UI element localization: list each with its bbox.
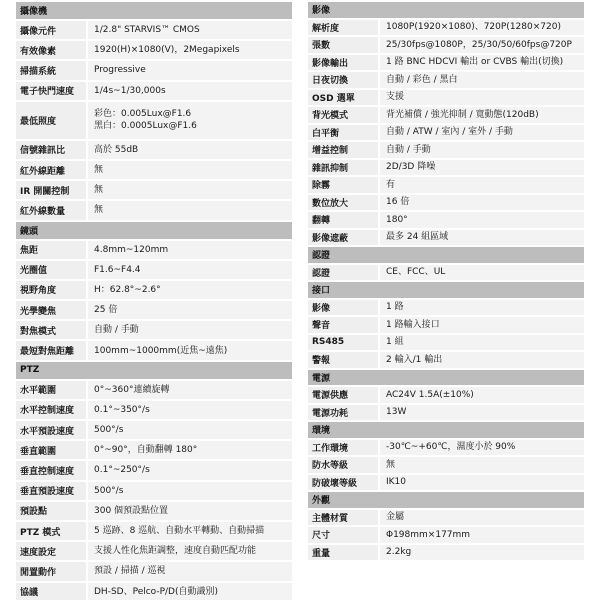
spec-value: 金屬 xyxy=(380,510,584,526)
spec-value-line: 有 xyxy=(386,179,584,191)
spec-value: 背光補償 / 強光抑制 / 寬動態(120dB) xyxy=(380,107,584,123)
spec-label: 水平控制速度 xyxy=(16,401,86,419)
spec-value-line: 1/2.8" STARVIS™ CMOS xyxy=(94,24,292,36)
spec-row: 防水等級無 xyxy=(308,457,584,473)
spec-value: AC24V 1.5A(±10%) xyxy=(380,387,584,403)
spec-value: H：62.8°~2.6° xyxy=(88,281,292,299)
spec-label: 協議 xyxy=(16,583,86,600)
spec-value-line: DH-SD、Pelco-P/D(自動識別) xyxy=(94,586,292,598)
spec-label: IR 開關控制 xyxy=(16,181,86,199)
spec-row: 除霧有 xyxy=(308,177,584,193)
spec-row: 電源供應AC24V 1.5A(±10%) xyxy=(308,387,584,403)
spec-row: 協議DH-SD、Pelco-P/D(自動識別) xyxy=(16,583,292,600)
section-header: 認證 xyxy=(308,247,584,263)
section-header: PTZ xyxy=(16,362,292,379)
spec-value-line: 0°~90°，自動翻轉 180° xyxy=(94,444,292,456)
spec-row: 掃描系統Progressive xyxy=(16,61,292,79)
spec-value: Progressive xyxy=(88,61,292,79)
spec-row: 預設點300 個預設點位置 xyxy=(16,502,292,520)
spec-label: 主體材質 xyxy=(308,510,378,526)
spec-label: 光學變焦 xyxy=(16,301,86,319)
spec-value-line: 無 xyxy=(386,459,584,471)
spec-value-line: -30℃~+60℃，濕度小於 90% xyxy=(386,441,584,453)
section-header: 電源 xyxy=(308,370,584,386)
spec-value-line: 自動 / 手動 xyxy=(94,324,292,336)
spec-value-line: 金屬 xyxy=(386,511,584,523)
spec-label: 除霧 xyxy=(308,177,378,193)
spec-label: 日夜切換 xyxy=(308,72,378,88)
spec-row: 影像輸出1 路 BNC HDCVI 輸出 or CVBS 輸出(切換) xyxy=(308,55,584,71)
spec-label: 解析度 xyxy=(308,20,378,36)
spec-value: 500°/s xyxy=(88,421,292,439)
spec-label: 紅外線距離 xyxy=(16,161,86,179)
section-header: 外觀 xyxy=(308,492,584,508)
spec-value: 無 xyxy=(380,457,584,473)
spec-row: 信號雜訊比高於 55dB xyxy=(16,141,292,159)
spec-row: 紅外線距離無 xyxy=(16,161,292,179)
spec-label: 水平預設速度 xyxy=(16,421,86,439)
spec-value-line: 2 輸入/1 輸出 xyxy=(386,354,584,366)
spec-value-line: 13W xyxy=(386,406,584,418)
spec-value: DH-SD、Pelco-P/D(自動識別) xyxy=(88,583,292,600)
spec-value-line: AC24V 1.5A(±10%) xyxy=(386,389,584,401)
spec-value: 自動 / 彩色 / 黑白 xyxy=(380,72,584,88)
spec-label: 有效像素 xyxy=(16,41,86,59)
spec-row: 水平範圍0°~360°連續旋轉 xyxy=(16,381,292,399)
spec-value-line: 0°~360°連續旋轉 xyxy=(94,384,292,396)
section-header: 鏡頭 xyxy=(16,222,292,239)
spec-table-right: 影像解析度1080P(1920×1080)、720P(1280×720)張數25… xyxy=(308,2,584,562)
spec-value: 自動 / 手動 xyxy=(88,321,292,339)
spec-value: 最多 24 組區域 xyxy=(380,230,584,246)
spec-label: 防破壞等級 xyxy=(308,475,378,491)
spec-value-line: 1/4s~1/30,000s xyxy=(94,85,292,97)
spec-row: 焦距4.8mm~120mm xyxy=(16,241,292,259)
spec-row: IR 開關控制無 xyxy=(16,181,292,199)
spec-value-line: 1080P(1920×1080)、720P(1280×720) xyxy=(386,21,584,33)
spec-value-line: 自動 / 手動 xyxy=(386,144,584,156)
spec-row: 防破壞等級IK10 xyxy=(308,475,584,491)
spec-value-line: F1.6~F4.4 xyxy=(94,264,292,276)
spec-row: 光圈值F1.6~F4.4 xyxy=(16,261,292,279)
spec-value-line: 無 xyxy=(94,184,292,196)
spec-row: 最低照度彩色：0.005Lux@F1.6黑白：0.0005Lux@F1.6 xyxy=(16,102,292,139)
spec-value-line: 黑白：0.0005Lux@F1.6 xyxy=(94,120,292,132)
spec-label: 最短對焦距離 xyxy=(16,341,86,359)
spec-value-line: CE、FCC、UL xyxy=(386,266,584,278)
spec-label: 防水等級 xyxy=(308,457,378,473)
spec-label: 光圈值 xyxy=(16,261,86,279)
spec-value-line: 4.8mm~120mm xyxy=(94,244,292,256)
section-header: 接口 xyxy=(308,282,584,298)
spec-label: 視野角度 xyxy=(16,281,86,299)
spec-row: 閒置動作預設 / 掃描 / 巡視 xyxy=(16,562,292,580)
spec-label: 電源功耗 xyxy=(308,405,378,421)
spec-label: PTZ 模式 xyxy=(16,522,86,540)
spec-value: 1080P(1920×1080)、720P(1280×720) xyxy=(380,20,584,36)
spec-label: 最低照度 xyxy=(16,102,86,139)
spec-row: 垂直控制速度0.1°~250°/s xyxy=(16,461,292,479)
spec-value-line: 2.2kg xyxy=(386,546,584,558)
spec-value: F1.6~F4.4 xyxy=(88,261,292,279)
spec-label: OSD 選單 xyxy=(308,90,378,106)
spec-label: 影像輸出 xyxy=(308,55,378,71)
spec-label: 數位放大 xyxy=(308,195,378,211)
spec-value-line: 彩色：0.005Lux@F1.6 xyxy=(94,108,292,120)
spec-value-line: 300 個預設點位置 xyxy=(94,505,292,517)
spec-label: 預設點 xyxy=(16,502,86,520)
spec-row: RS4851 組 xyxy=(308,335,584,351)
spec-value: 預設 / 掃描 / 巡視 xyxy=(88,562,292,580)
spec-value: 1 組 xyxy=(380,335,584,351)
spec-row: 聲音1 路輸入接口 xyxy=(308,317,584,333)
spec-value-line: 25/30fps@1080P，25/30/50/60fps@720P xyxy=(386,39,584,51)
spec-row: 影像遮蔽最多 24 組區域 xyxy=(308,230,584,246)
spec-value: 5 巡跡、8 巡航、自動水平轉動、自動掃描 xyxy=(88,522,292,540)
spec-row: 尺寸Φ198mm×177mm xyxy=(308,527,584,543)
spec-label: 速度設定 xyxy=(16,542,86,560)
spec-label: 閒置動作 xyxy=(16,562,86,580)
spec-label: 尺寸 xyxy=(308,527,378,543)
spec-value-line: 預設 / 掃描 / 巡視 xyxy=(94,565,292,577)
spec-value: 25 倍 xyxy=(88,301,292,319)
spec-row: 有效像素1920(H)×1080(V)，2Megapixels xyxy=(16,41,292,59)
spec-label: 聲音 xyxy=(308,317,378,333)
spec-label: 雜訊抑制 xyxy=(308,160,378,176)
spec-row: 水平預設速度500°/s xyxy=(16,421,292,439)
spec-label: 電子快門速度 xyxy=(16,82,86,100)
spec-value-line: 最多 24 組區域 xyxy=(386,231,584,243)
spec-value-line: 180° xyxy=(386,214,584,226)
spec-value-line: 25 倍 xyxy=(94,304,292,316)
spec-label: 增益控制 xyxy=(308,142,378,158)
spec-label: 信號雜訊比 xyxy=(16,141,86,159)
spec-value: 自動 / ATW / 室內 / 室外 / 手動 xyxy=(380,125,584,141)
spec-value: 無 xyxy=(88,181,292,199)
spec-value: 13W xyxy=(380,405,584,421)
spec-value: CE、FCC、UL xyxy=(380,265,584,281)
spec-value: 1 路 xyxy=(380,300,584,316)
spec-value: 0.1°~350°/s xyxy=(88,401,292,419)
section-header: 環境 xyxy=(308,422,584,438)
spec-row: 電源功耗13W xyxy=(308,405,584,421)
spec-table-left: 攝像機攝像元件1/2.8" STARVIS™ CMOS有效像素1920(H)×1… xyxy=(16,2,292,600)
spec-row: 影像1 路 xyxy=(308,300,584,316)
spec-value: 16 倍 xyxy=(380,195,584,211)
spec-value-line: Progressive xyxy=(94,64,292,76)
spec-value: IK10 xyxy=(380,475,584,491)
spec-row: 電子快門速度1/4s~1/30,000s xyxy=(16,82,292,100)
spec-value-line: 1920(H)×1080(V)，2Megapixels xyxy=(94,44,292,56)
spec-label: 工作環境 xyxy=(308,440,378,456)
spec-value-line: Φ198mm×177mm xyxy=(386,529,584,541)
spec-value-line: 100mm~1000mm(近焦~遠焦) xyxy=(94,345,292,357)
spec-label: 翻轉 xyxy=(308,212,378,228)
spec-value: 4.8mm~120mm xyxy=(88,241,292,259)
spec-value: 1920(H)×1080(V)，2Megapixels xyxy=(88,41,292,59)
spec-value: 0°~90°，自動翻轉 180° xyxy=(88,441,292,459)
spec-value-line: 1 組 xyxy=(386,336,584,348)
spec-row: 速度設定支援人性化焦距調整，速度自動匹配功能 xyxy=(16,542,292,560)
spec-row: 白平衡自動 / ATW / 室內 / 室外 / 手動 xyxy=(308,125,584,141)
spec-value: 25/30fps@1080P，25/30/50/60fps@720P xyxy=(380,37,584,53)
spec-value: 自動 / 手動 xyxy=(380,142,584,158)
spec-value-line: 高於 55dB xyxy=(94,144,292,156)
spec-value-line: 0.1°~250°/s xyxy=(94,464,292,476)
spec-row: 視野角度H：62.8°~2.6° xyxy=(16,281,292,299)
spec-row: 工作環境-30℃~+60℃，濕度小於 90% xyxy=(308,440,584,456)
spec-value: 支援人性化焦距調整，速度自動匹配功能 xyxy=(88,542,292,560)
spec-row: 垂直範圍0°~90°，自動翻轉 180° xyxy=(16,441,292,459)
spec-label: 紅外線數量 xyxy=(16,201,86,219)
spec-value: 0.1°~250°/s xyxy=(88,461,292,479)
spec-value-line: 1 路 xyxy=(386,301,584,313)
spec-row: 重量2.2kg xyxy=(308,545,584,561)
spec-label: 張數 xyxy=(308,37,378,53)
spec-row: 解析度1080P(1920×1080)、720P(1280×720) xyxy=(308,20,584,36)
spec-value-line: 500°/s xyxy=(94,424,292,436)
spec-row: 日夜切換自動 / 彩色 / 黑白 xyxy=(308,72,584,88)
spec-label: 重量 xyxy=(308,545,378,561)
spec-label: 背光模式 xyxy=(308,107,378,123)
spec-label: 影像 xyxy=(308,300,378,316)
spec-row: 垂直預設速度500°/s xyxy=(16,482,292,500)
spec-row: 最短對焦距離100mm~1000mm(近焦~遠焦) xyxy=(16,341,292,359)
spec-row: 雜訊抑制2D/3D 降噪 xyxy=(308,160,584,176)
spec-value-line: 支援人性化焦距調整，速度自動匹配功能 xyxy=(94,545,292,557)
spec-value: 1/4s~1/30,000s xyxy=(88,82,292,100)
spec-row: 增益控制自動 / 手動 xyxy=(308,142,584,158)
spec-value: 0°~360°連續旋轉 xyxy=(88,381,292,399)
spec-row: 認證CE、FCC、UL xyxy=(308,265,584,281)
spec-value-line: 無 xyxy=(94,164,292,176)
spec-value-line: 1 路輸入接口 xyxy=(386,319,584,331)
spec-row: 數位放大16 倍 xyxy=(308,195,584,211)
spec-value-line: IK10 xyxy=(386,476,584,488)
spec-value-line: 1 路 BNC HDCVI 輸出 or CVBS 輸出(切換) xyxy=(386,56,584,68)
spec-label: 掃描系統 xyxy=(16,61,86,79)
spec-value: 180° xyxy=(380,212,584,228)
spec-value-line: 自動 / ATW / 室內 / 室外 / 手動 xyxy=(386,126,584,138)
spec-row: 背光模式背光補償 / 強光抑制 / 寬動態(120dB) xyxy=(308,107,584,123)
spec-value: 100mm~1000mm(近焦~遠焦) xyxy=(88,341,292,359)
spec-label: 認證 xyxy=(308,265,378,281)
spec-label: 影像遮蔽 xyxy=(308,230,378,246)
spec-value: Φ198mm×177mm xyxy=(380,527,584,543)
spec-row: 光學變焦25 倍 xyxy=(16,301,292,319)
spec-value-line: 5 巡跡、8 巡航、自動水平轉動、自動掃描 xyxy=(94,525,292,537)
spec-row: PTZ 模式5 巡跡、8 巡航、自動水平轉動、自動掃描 xyxy=(16,522,292,540)
spec-value-line: 16 倍 xyxy=(386,196,584,208)
spec-row: 警報2 輸入/1 輸出 xyxy=(308,352,584,368)
spec-label: 垂直範圍 xyxy=(16,441,86,459)
spec-value: 無 xyxy=(88,201,292,219)
spec-value: 1 路輸入接口 xyxy=(380,317,584,333)
spec-label: 電源供應 xyxy=(308,387,378,403)
spec-label: 焦距 xyxy=(16,241,86,259)
spec-value-line: 背光補償 / 強光抑制 / 寬動態(120dB) xyxy=(386,109,584,121)
spec-value: 500°/s xyxy=(88,482,292,500)
spec-row: 紅外線數量無 xyxy=(16,201,292,219)
spec-label: RS485 xyxy=(308,335,378,351)
spec-value: 彩色：0.005Lux@F1.6黑白：0.0005Lux@F1.6 xyxy=(88,102,292,139)
section-header: 攝像機 xyxy=(16,2,292,19)
spec-row: 對焦模式自動 / 手動 xyxy=(16,321,292,339)
spec-label: 對焦模式 xyxy=(16,321,86,339)
spec-value: 1 路 BNC HDCVI 輸出 or CVBS 輸出(切換) xyxy=(380,55,584,71)
spec-value: 2 輸入/1 輸出 xyxy=(380,352,584,368)
spec-row: OSD 選單支援 xyxy=(308,90,584,106)
spec-value-line: 無 xyxy=(94,204,292,216)
spec-value: 支援 xyxy=(380,90,584,106)
spec-label: 白平衡 xyxy=(308,125,378,141)
spec-row: 張數25/30fps@1080P，25/30/50/60fps@720P xyxy=(308,37,584,53)
spec-value-line: 支援 xyxy=(386,91,584,103)
spec-value: 無 xyxy=(88,161,292,179)
spec-value: 1/2.8" STARVIS™ CMOS xyxy=(88,21,292,39)
spec-row: 攝像元件1/2.8" STARVIS™ CMOS xyxy=(16,21,292,39)
spec-label: 垂直預設速度 xyxy=(16,482,86,500)
spec-value: 2.2kg xyxy=(380,545,584,561)
spec-value-line: 500°/s xyxy=(94,485,292,497)
spec-value-line: 2D/3D 降噪 xyxy=(386,161,584,173)
spec-value: 高於 55dB xyxy=(88,141,292,159)
spec-value: -30℃~+60℃，濕度小於 90% xyxy=(380,440,584,456)
spec-row: 主體材質金屬 xyxy=(308,510,584,526)
spec-row: 水平控制速度0.1°~350°/s xyxy=(16,401,292,419)
spec-row: 翻轉180° xyxy=(308,212,584,228)
spec-label: 攝像元件 xyxy=(16,21,86,39)
spec-label: 水平範圍 xyxy=(16,381,86,399)
spec-value: 2D/3D 降噪 xyxy=(380,160,584,176)
section-header: 影像 xyxy=(308,2,584,18)
spec-value-line: 自動 / 彩色 / 黑白 xyxy=(386,74,584,86)
spec-value-line: H：62.8°~2.6° xyxy=(94,284,292,296)
spec-value-line: 0.1°~350°/s xyxy=(94,404,292,416)
spec-label: 垂直控制速度 xyxy=(16,461,86,479)
spec-value: 有 xyxy=(380,177,584,193)
spec-value: 300 個預設點位置 xyxy=(88,502,292,520)
spec-label: 警報 xyxy=(308,352,378,368)
